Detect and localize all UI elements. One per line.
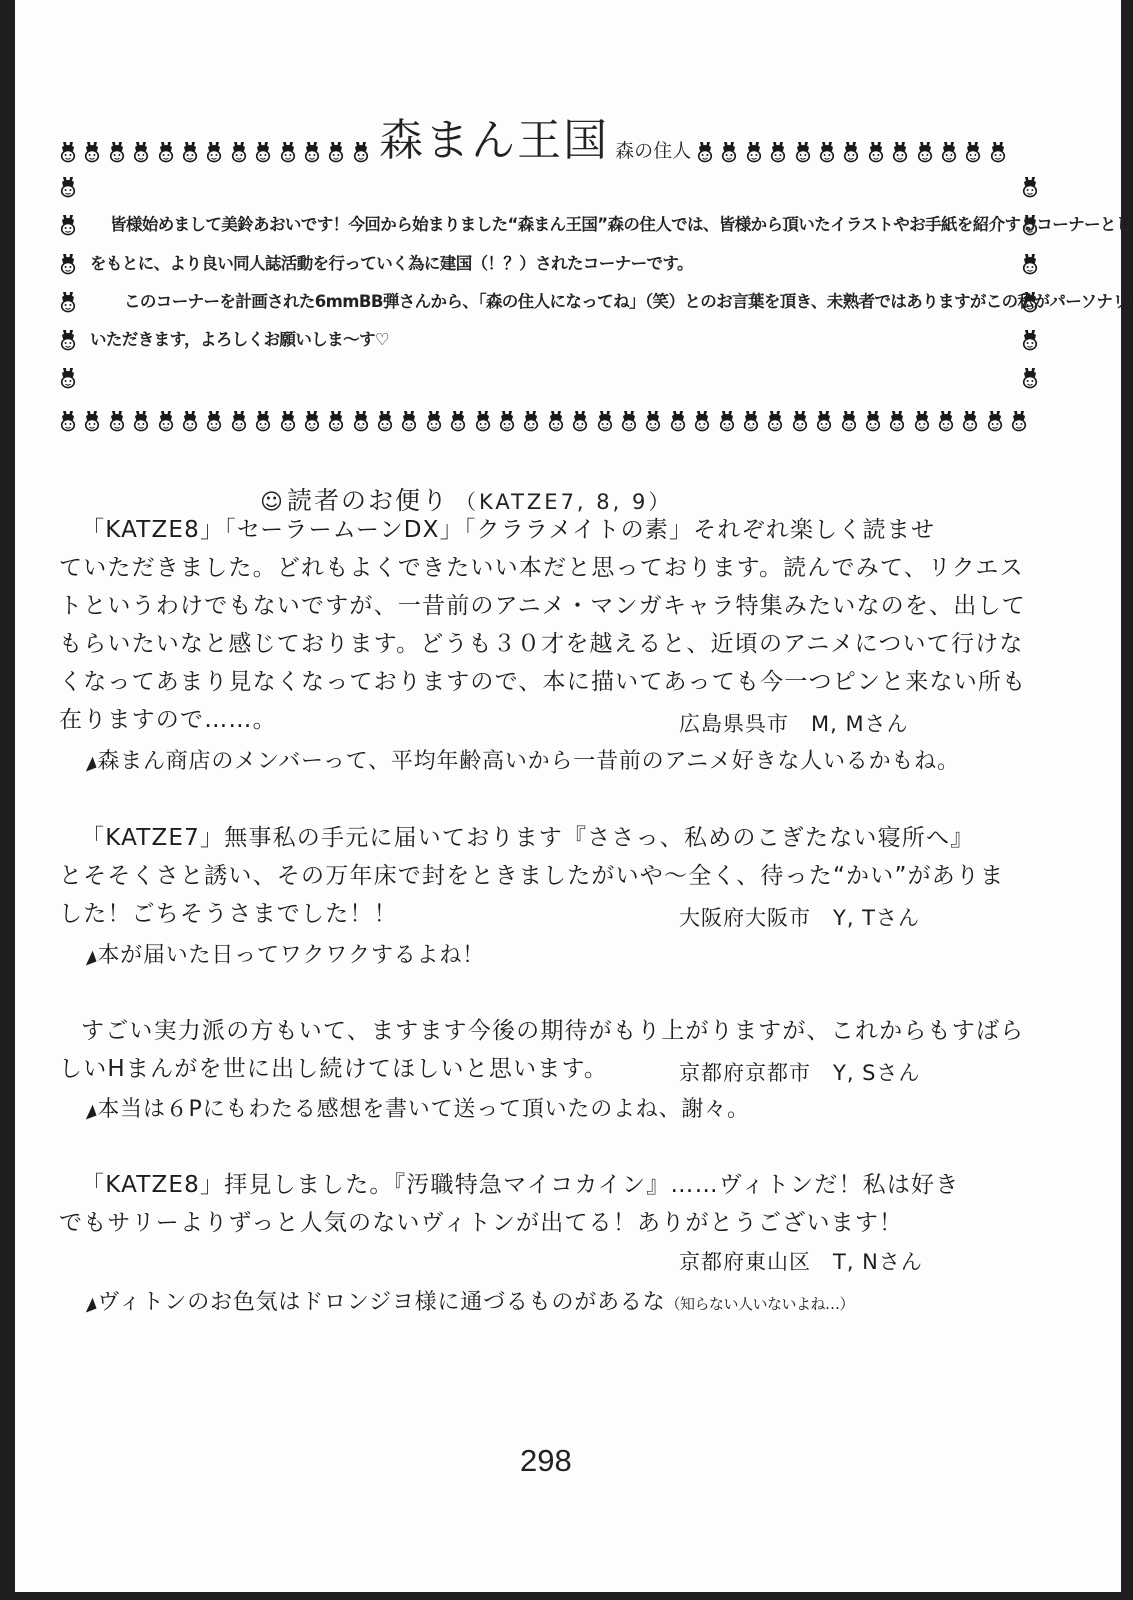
reply-text: 本が届いた日ってワクワクするよね！ [97,943,485,968]
bunny-icon [158,410,174,432]
letter-line: くなってあまり見なくなっておりますので、本に描いてあっても今一つピンと来ない所も [59,667,1026,697]
bunny-icon [746,141,762,163]
bunny-icon [743,410,759,432]
bunny-icon [868,141,884,163]
bunny-icon [84,410,100,432]
left-bunny-group [60,141,377,163]
bunny-icon [60,141,76,163]
bunny-icon [109,410,125,432]
bunny-icon [377,410,393,432]
reply-text: 森まん商店のメンバーって、平均年齢高いから一昔前のアニメ好きな人いるかもね。 [97,749,959,774]
bunny-icon [133,410,149,432]
bunny-icon [109,141,125,163]
bunny-icon [280,141,296,163]
bunny-icon [721,141,737,163]
bunny-icon [255,141,271,163]
bunny-icon [889,410,905,432]
reply-aside: （知らない人いないよね…） [665,1295,854,1313]
letter-signature: 京都府京都市 Y, Sさん [679,1057,921,1087]
bunny-icon [231,410,247,432]
bunny-icon [401,410,417,432]
letter-line: 「KATZE8」拝見しました。『汚職特急マイコカイン』……ヴィトンだ！私は好き [59,1170,959,1200]
page-number: 298 [520,1443,572,1479]
bunny-icon [60,253,76,275]
bunny-icon [353,410,369,432]
right-bunny-group [697,141,1014,163]
bunny-icon [84,141,100,163]
bunny-icon [962,410,978,432]
bunny-icon [1022,176,1038,198]
bunny-icon [60,329,76,351]
intro-line-1: 皆様始めまして美鈴あおいです！今回から始まりました“森まん王国”森の住人では、皆… [90,214,1020,236]
bunny-icon [60,367,76,389]
editor-reply: ◢森まん商店のメンバーって、平均年齢高いから一昔前のアニメ好きな人いるかもね。 [83,744,960,775]
letter-signature: 広島県呉市 M, Mさん [679,708,909,738]
bunny-icon [792,410,808,432]
bunny-icon [499,410,515,432]
bunny-icon [719,410,735,432]
letter-line: しいHまんがを世に出し続けてほしいと思います。 [59,1054,608,1084]
bunny-icon [843,141,859,163]
page-title: 森まん王国 [379,119,609,163]
heel-icon: ◢ [80,1293,98,1314]
letters-heading: ☺読者のお便り（KATZE7, 8, 9） [260,481,672,517]
intro-line-3: このコーナーを計画された6mmBB弾さんから、「森の住人になってね」（笑）とのお… [90,291,1020,313]
bunny-icon [304,410,320,432]
editor-reply: ◢本当は６Pにもわたる感想を書いて送って頂いたのよね、謝々。 [83,1092,750,1123]
page: 森まん王国 森の住人 皆様始めまして美鈴あおいです！今回から始まりました“森まん… [15,0,1121,1592]
bunny-icon [914,410,930,432]
bunny-icon [965,141,981,163]
letter-line: とそそくさと誘い、その万年床で封をときましたがいや～全く、待った“かい”がありま [59,861,1004,891]
editor-reply: ◢ヴィトンのお色気はドロンジヨ様に通づるものがあるな（知らない人いないよね…） [83,1285,854,1316]
letter-line: もらいたいなと感じております。どうも３０才を越えると、近頃のアニメについて行けな [59,629,1024,659]
bunny-icon [865,410,881,432]
bunny-icon [182,141,198,163]
letter-line: 在りますので……。 [59,705,277,735]
reply-text: ヴィトンのお色気はドロンジヨ様に通づるものがあるな [97,1290,665,1315]
letter-line: した！ごちそうさまでした！！ [59,899,398,929]
bunny-icon [60,176,76,198]
bunny-icon [819,141,835,163]
intro-line-4: いただきます，よろしくお願いしま～す♡ [90,329,1020,351]
bunny-icon [280,410,296,432]
bunny-icon [60,214,76,236]
letter-line: すごい実力派の方もいて、ますます今後の期待がもり上がりますが、これからもすばら [59,1016,1024,1046]
bunny-icon [158,141,174,163]
bunny-icon [523,410,539,432]
bunny-icon [597,410,613,432]
bunny-icon [60,410,76,432]
editor-reply: ◢本が届いた日ってワクワクするよね！ [83,938,485,969]
heel-icon: ◢ [80,752,98,773]
bunny-icon [670,410,686,432]
smiley-icon: ☺ [260,490,285,515]
bunny-icon [304,141,320,163]
letters-issues: （KATZE7, 8, 9） [455,490,672,514]
reply-text: 本当は６Pにもわたる感想を書いて送って頂いたのよね、謝々。 [97,1097,749,1122]
letter-signature: 京都府東山区 T, Nさん [679,1246,923,1276]
intro-line-2: をもとに、より良い同人誌活動を行っていく為に建国（！？）されたコーナーです。 [90,253,1020,275]
page-subtitle: 森の住人 [615,142,691,161]
bunny-icon [621,410,637,432]
bunny-icon [987,410,1003,432]
bunny-icon [841,410,857,432]
bunny-icon [938,410,954,432]
bunny-icon [1022,367,1038,389]
bottom-bunny-border [60,410,1036,432]
bunny-icon [990,141,1006,163]
letter-line: でもサリーよりずっと人気のないヴィトンが出てる！ありがとうございます！ [59,1208,903,1238]
bunny-icon [255,410,271,432]
bunny-icon [1022,253,1038,275]
bunny-icon [182,410,198,432]
heel-icon: ◢ [80,1100,98,1121]
bunny-icon [60,291,76,313]
letter-line: ていただきました。どれもよくできたいい本だと思っております。読んでみて、リクエス [59,553,1024,583]
bunny-icon [450,410,466,432]
bunny-icon [1022,329,1038,351]
bunny-icon [892,141,908,163]
bunny-icon [475,410,491,432]
bunny-icon [231,141,247,163]
bunny-icon [767,410,783,432]
letter-line: トというわけでもないですが、一昔前のアニメ・マンガキャラ特集みたいなのを、出して [59,591,1026,621]
bunny-icon [917,141,933,163]
bunny-icon [133,141,149,163]
bunny-icon [426,410,442,432]
heel-icon: ◢ [80,946,98,967]
bunny-icon [795,141,811,163]
bunny-icon [697,141,713,163]
bunny-icon [645,410,661,432]
letters-heading-text: 読者のお便り [287,486,449,515]
bunny-icon [816,410,832,432]
letter-signature: 大阪府大阪市 Y, Tさん [679,902,920,932]
letter-line: 「KATZE8」「セーラームーンDX」「クララメイトの素」それぞれ楽しく読ませ [59,515,935,545]
bunny-icon [941,141,957,163]
bunny-icon [328,410,344,432]
bunny-icon [548,410,564,432]
header-bunny-border: 森まん王国 森の住人 [60,113,1014,163]
bunny-icon [353,141,369,163]
bunny-icon [770,141,786,163]
letter-line: 「KATZE7」無事私の手元に届いております『ささっ、私めのこぎたない寝所へ』 [59,823,974,853]
bunny-icon [694,410,710,432]
bunny-icon [206,410,222,432]
bunny-icon [1011,410,1027,432]
bunny-icon [572,410,588,432]
bunny-icon [328,141,344,163]
bunny-icon [206,141,222,163]
